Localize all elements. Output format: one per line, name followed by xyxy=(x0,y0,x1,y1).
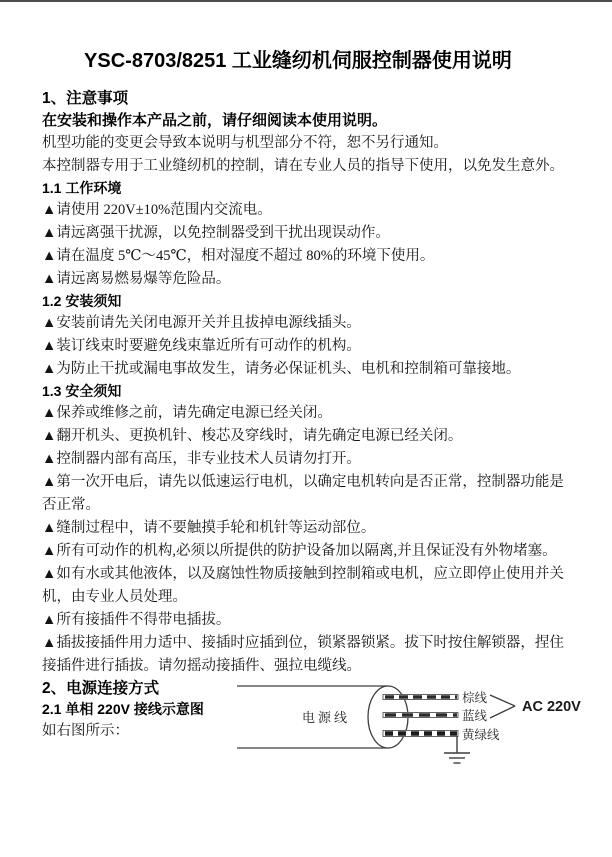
power-wiring-diagram: 电源线 棕线 蓝线 黄绿线 AC 220V xyxy=(230,658,612,793)
safety-item-line: ▲保养或维修之前，请先确定电源已经关闭。 xyxy=(42,402,600,425)
notice-intro-line: 本控制器专用于工业缝纫机的控制，请在专业人员的指导下使用，以免发生意外。 xyxy=(42,155,600,178)
safety-item-line: ▲所有可动作的机构,必须以所提供的防护设备加以隔离,并且保证没有外物堵塞。 xyxy=(42,540,600,563)
ac-voltage-label: AC 220V xyxy=(522,699,581,715)
wiring-diagram-svg: 电源线 棕线 蓝线 黄绿线 AC 220V xyxy=(230,658,612,793)
notice-intro-line: 机型功能的变更会导致本说明与机型部分不符，恕不另行通知。 xyxy=(42,132,600,155)
page-title: YSC-8703/8251 工业缝纫机伺服控制器使用说明 xyxy=(0,47,596,75)
manual-page: YSC-8703/8251 工业缝纫机伺服控制器使用说明 1、注意事项 在安装和… xyxy=(0,0,612,857)
wire-label-yellow-green: 黄绿线 xyxy=(462,727,500,742)
install-item: ▲装订线束时要避免线束靠近所有可动作的机构。 xyxy=(42,335,600,358)
work-env-item: ▲请在温度 5℃～45℃，相对湿度不超过 80%的环境下使用。 xyxy=(42,245,600,268)
top-border-rule xyxy=(0,0,612,2)
safety-item-line: ▲所有接插件不得带电插拔。 xyxy=(42,609,600,632)
wire-label-brown: 棕线 xyxy=(462,690,488,705)
safety-item-line: ▲控制器内部有高压，非专业技术人员请勿打开。 xyxy=(42,448,600,471)
subsection-heading-install: 1.2 安装须知 xyxy=(42,291,600,312)
cable-label: 电源线 xyxy=(302,710,350,725)
notice-bold-intro: 在安装和操作本产品之前，请仔细阅读本使用说明。 xyxy=(42,109,600,132)
ac-bracket xyxy=(490,695,515,718)
blue-wire-icon xyxy=(383,713,458,718)
safety-item-line: ▲翻开机头、更换机针、梭芯及穿线时，请先确定电源已经关闭。 xyxy=(42,425,600,448)
yellow-green-wire-icon xyxy=(383,731,458,737)
brown-wire-icon xyxy=(383,695,458,700)
section-heading-notice: 1、注意事项 xyxy=(42,88,600,109)
install-item: ▲安装前请先关闭电源开关并且拔掉电源线插头。 xyxy=(42,312,600,335)
install-item: ▲为防止干扰或漏电事故发生，请务必保证机头、电机和控制箱可靠接地。 xyxy=(42,358,600,381)
work-env-item: ▲请远离强干扰源，以免控制器受到干扰出现误动作。 xyxy=(42,222,600,245)
safety-item-line: ▲如有水或其他液体，以及腐蚀性物质接触到控制箱或电机，应立即停止使用并关 xyxy=(42,563,600,586)
safety-item-line: 机，由专业人员处理。 xyxy=(42,586,600,609)
safety-item-line: ▲第一次开电后，请先以低速运行电机，以确定电机转向是否正常，控制器功能是 xyxy=(42,471,600,494)
subsection-heading-safety: 1.3 安全须知 xyxy=(42,381,600,402)
work-env-item: ▲请使用 220V±10%范围内交流电。 xyxy=(42,199,600,222)
safety-item-line: ▲缝制过程中，请不要触摸手轮和机针等运动部位。 xyxy=(42,517,600,540)
safety-item-line: 否正常。 xyxy=(42,494,600,517)
subsection-heading-work-env: 1.1 工作环境 xyxy=(42,178,600,199)
text-column: 1、注意事项 在安装和操作本产品之前，请仔细阅读本使用说明。 机型功能的变更会导… xyxy=(42,88,600,743)
safety-item-line: ▲插拔接插件用力适中、接插时应插到位，锁紧器锁紧。拔下时按住解锁器，捏住 xyxy=(42,632,600,655)
work-env-item: ▲请远离易燃易爆等危险品。 xyxy=(42,268,600,291)
wire-label-blue: 蓝线 xyxy=(462,708,488,723)
